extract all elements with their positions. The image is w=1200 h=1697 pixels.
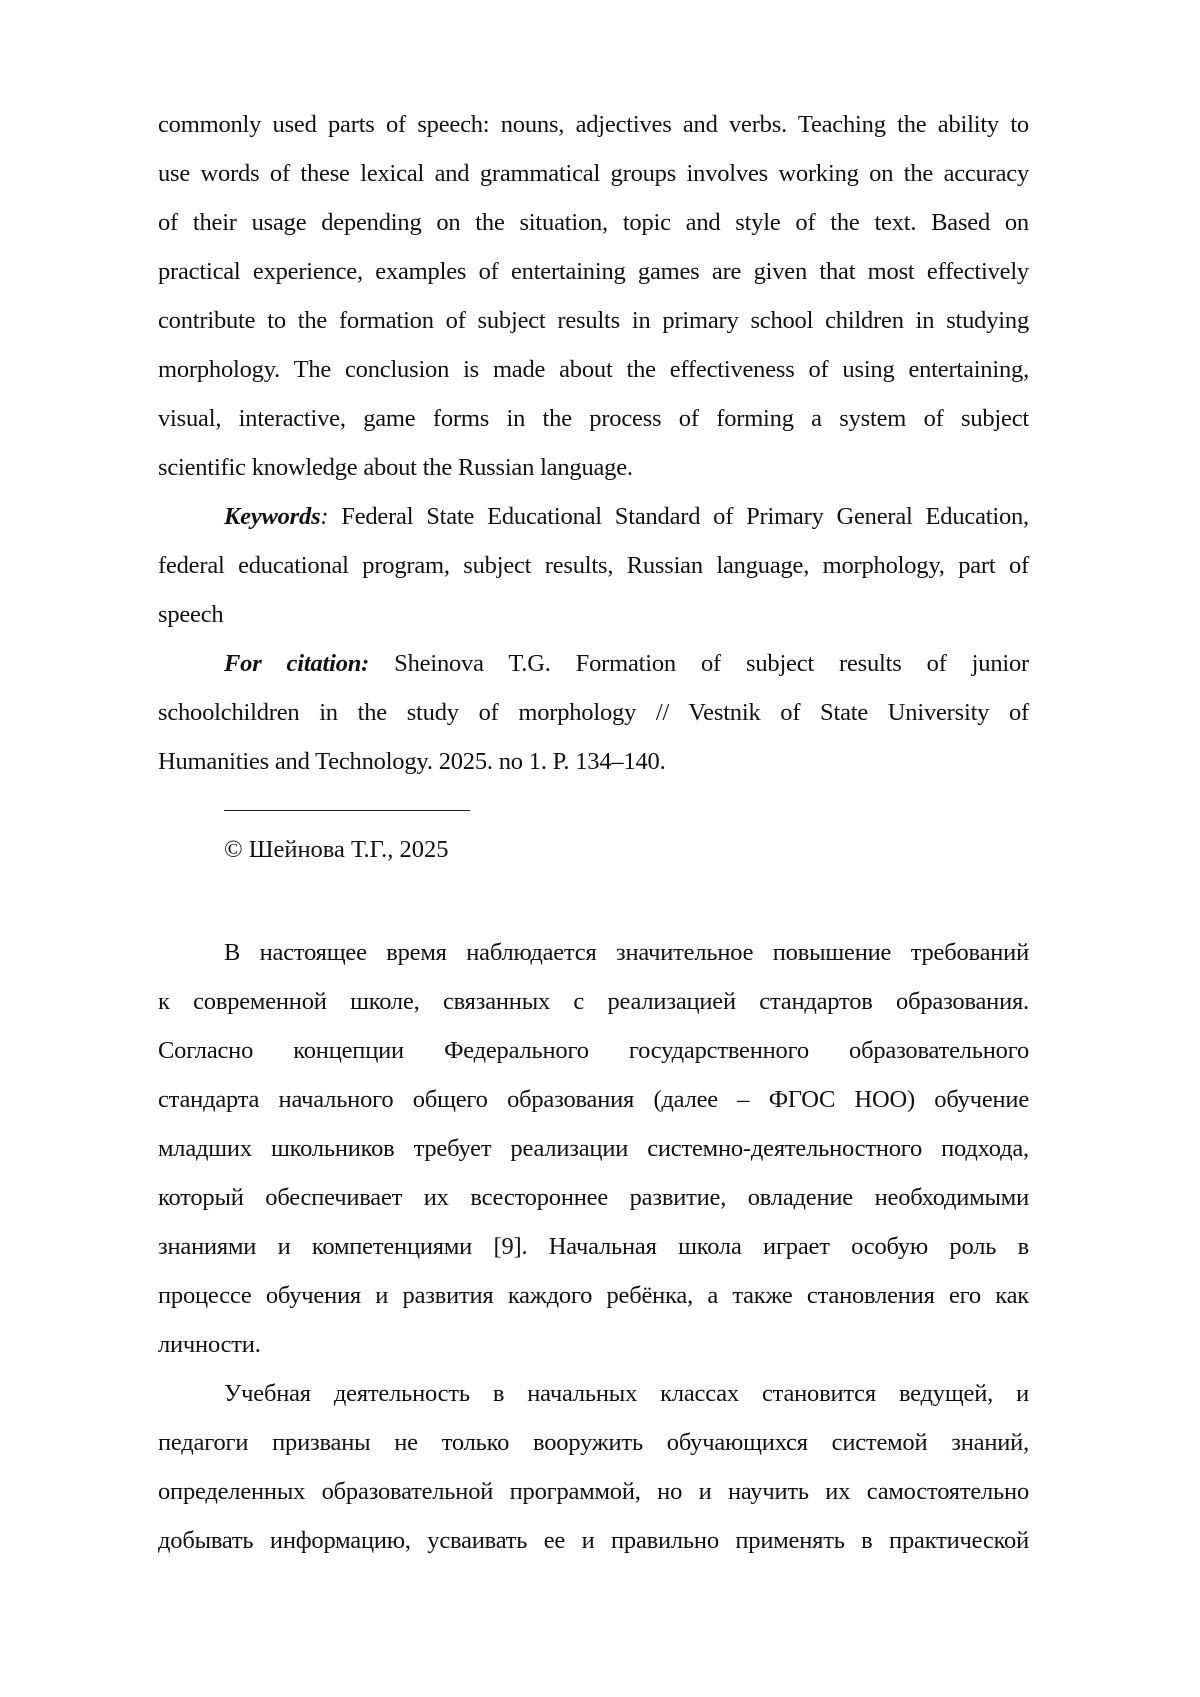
body-line: Согласно концепции Федерального государс… [158,1026,1029,1075]
keywords-label: Keywords [224,503,320,530]
citation-text: Sheinova T.G. Formation of subject resul… [369,650,1029,677]
section-spacer [158,874,1029,928]
citation-line: Humanities and Technology. 2025. no 1. P… [158,737,1029,786]
citation-paragraph: For citation: Sheinova T.G. Formation of… [158,639,1029,786]
document-page: commonly used parts of speech: nouns, ad… [158,100,1029,1565]
citation-first-line: For citation: Sheinova T.G. Formation of… [158,639,1029,688]
keywords-first-line: Keywords: Federal State Educational Stan… [158,492,1029,541]
body-line: процессе обучения и развития каждого реб… [158,1271,1029,1320]
abstract-line: contribute to the formation of subject r… [158,296,1029,345]
keywords-line: federal educational program, subject res… [158,541,1029,590]
body-line: личности. [158,1320,1029,1369]
keywords-line: speech [158,590,1029,639]
keywords-paragraph: Keywords: Federal State Educational Stan… [158,492,1029,639]
body-line: В настоящее время наблюдается значительн… [158,928,1029,977]
abstract-line: practical experience, examples of entert… [158,247,1029,296]
body-line: добывать информацию, усваивать ее и прав… [158,1516,1029,1565]
body-line: определенных образовательной программой,… [158,1467,1029,1516]
body-line: педагоги призваны не только вооружить об… [158,1418,1029,1467]
body-line: который обеспечивает их всестороннее раз… [158,1173,1029,1222]
body-line: младших школьников требует реализации си… [158,1124,1029,1173]
body-paragraph: В настоящее время наблюдается значительн… [158,928,1029,1369]
keywords-text: Federal State Educational Standard of Pr… [328,503,1029,530]
citation-line: schoolchildren in the study of morpholog… [158,688,1029,737]
abstract-line: scientific knowledge about the Russian l… [158,443,1029,492]
abstract-line: commonly used parts of speech: nouns, ad… [158,100,1029,149]
body-paragraph: Учебная деятельность в начальных классах… [158,1369,1029,1565]
abstract-paragraph: commonly used parts of speech: nouns, ad… [158,100,1029,492]
abstract-line: of their usage depending on the situatio… [158,198,1029,247]
abstract-line: use words of these lexical and grammatic… [158,149,1029,198]
footnote-divider [224,810,470,811]
citation-label: For citation: [224,650,369,677]
abstract-line: morphology. The conclusion is made about… [158,345,1029,394]
body-line: знаниями и компетенциями [9]. Начальная … [158,1222,1029,1271]
body-line: к современной школе, связанных с реализа… [158,977,1029,1026]
copyright-notice: © Шейнова Т.Г., 2025 [224,825,1029,874]
abstract-line: visual, interactive, game forms in the p… [158,394,1029,443]
body-line: Учебная деятельность в начальных классах… [158,1369,1029,1418]
body-line: стандарта начального общего образования … [158,1075,1029,1124]
